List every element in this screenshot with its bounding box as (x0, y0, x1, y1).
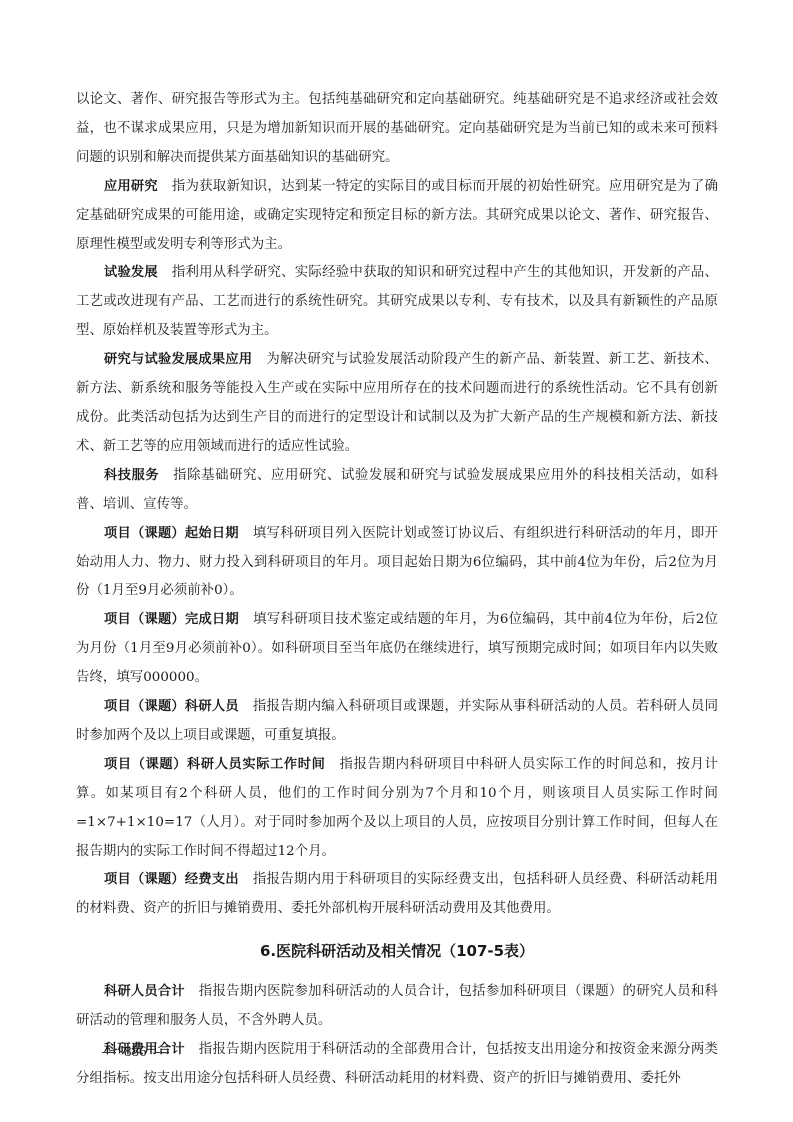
paragraph-rd-application: 研究与试验发展成果应用为解决研究与试验发展活动阶段产生的新产品、新装置、新工艺、… (76, 346, 718, 462)
paragraph-text: 指利用从科学研究、实际经验中获取的知识和研究过程中产生的其他知识，开发新的产品、… (76, 265, 718, 338)
paragraph-text: 为解决研究与试验发展活动阶段产生的新产品、新装置、新工艺、新技术、新方法、新系统… (76, 352, 718, 454)
section-title: 6.医院科研活动及相关情况（107-5表） (76, 924, 718, 978)
dash-decoration (102, 1052, 116, 1053)
term-label: 项目（课题）经费支出 (104, 872, 239, 887)
term-label: 项目（课题）科研人员实际工作时间 (104, 757, 325, 772)
paragraph-project-end-date: 项目（课题）完成日期填写科研项目技术鉴定或结题的年月，为6位编码，其中前4位为年… (76, 606, 718, 693)
term-label: 研究与试验发展成果应用 (104, 352, 252, 367)
term-label: 项目（课题）起始日期 (104, 526, 239, 541)
term-label: 科技服务 (104, 468, 159, 483)
paragraph-project-researchers: 项目（课题）科研人员指报告期内编入科研项目或课题，并实际从事科研活动的人员。若科… (76, 693, 718, 751)
term-label: 应用研究 (104, 179, 158, 194)
paragraph-applied-research: 应用研究指为获取新知识，达到某一特定的实际目的或目标而开展的初始性研究。应用研究… (76, 173, 718, 260)
page-footer: 886 (102, 1044, 169, 1061)
paragraph-text: 指除基础研究、应用研究、试验发展和研究与试验发展成果应用外的科技相关活动，如科普… (76, 468, 718, 512)
paragraph-total-researchers: 科研人员合计指报告期内医院参加科研活动的人员合计，包括参加科研项目（课题）的研究… (76, 978, 718, 1036)
paragraph-text: 以论文、著作、研究报告等形式为主。包括纯基础研究和定向基础研究。纯基础研究是不追… (76, 92, 718, 165)
term-label: 科研人员合计 (104, 984, 185, 999)
paragraph-basic-research-cont: 以论文、著作、研究报告等形式为主。包括纯基础研究和定向基础研究。纯基础研究是不追… (76, 86, 718, 173)
paragraph-experimental-development: 试验发展指利用从科学研究、实际经验中获取的知识和研究过程中产生的其他知识，开发新… (76, 259, 718, 346)
document-page: 以论文、著作、研究报告等形式为主。包括纯基础研究和定向基础研究。纯基础研究是不追… (76, 86, 718, 1094)
term-label: 项目（课题）完成日期 (104, 612, 239, 627)
paragraph-text: 指为获取新知识，达到某一特定的实际目的或目标而开展的初始性研究。应用研究是为了确… (76, 179, 718, 252)
paragraph-tech-services: 科技服务指除基础研究、应用研究、试验发展和研究与试验发展成果应用外的科技相关活动… (76, 462, 718, 520)
term-label: 项目（课题）科研人员 (104, 699, 239, 714)
term-label: 试验发展 (104, 265, 158, 280)
paragraph-project-expenditure: 项目（课题）经费支出指报告期内用于科研项目的实际经费支出，包括科研人员经费、科研… (76, 866, 718, 924)
dash-decoration (155, 1052, 169, 1053)
paragraph-project-start-date: 项目（课题）起始日期填写科研项目列入医院计划或签订协议后、有组织进行科研活动的年… (76, 520, 718, 607)
paragraph-text: 指报告期内科研项目中科研人员实际工作的时间总和，按月计算。如某项目有2个科研人员… (76, 757, 718, 859)
page-number: 886 (124, 1044, 147, 1061)
paragraph-total-research-cost: 科研费用合计指报告期内医院用于科研活动的全部费用合计，包括按支出用途分和按资金来… (76, 1036, 718, 1094)
paragraph-researcher-work-time: 项目（课题）科研人员实际工作时间指报告期内科研项目中科研人员实际工作的时间总和，… (76, 751, 718, 867)
